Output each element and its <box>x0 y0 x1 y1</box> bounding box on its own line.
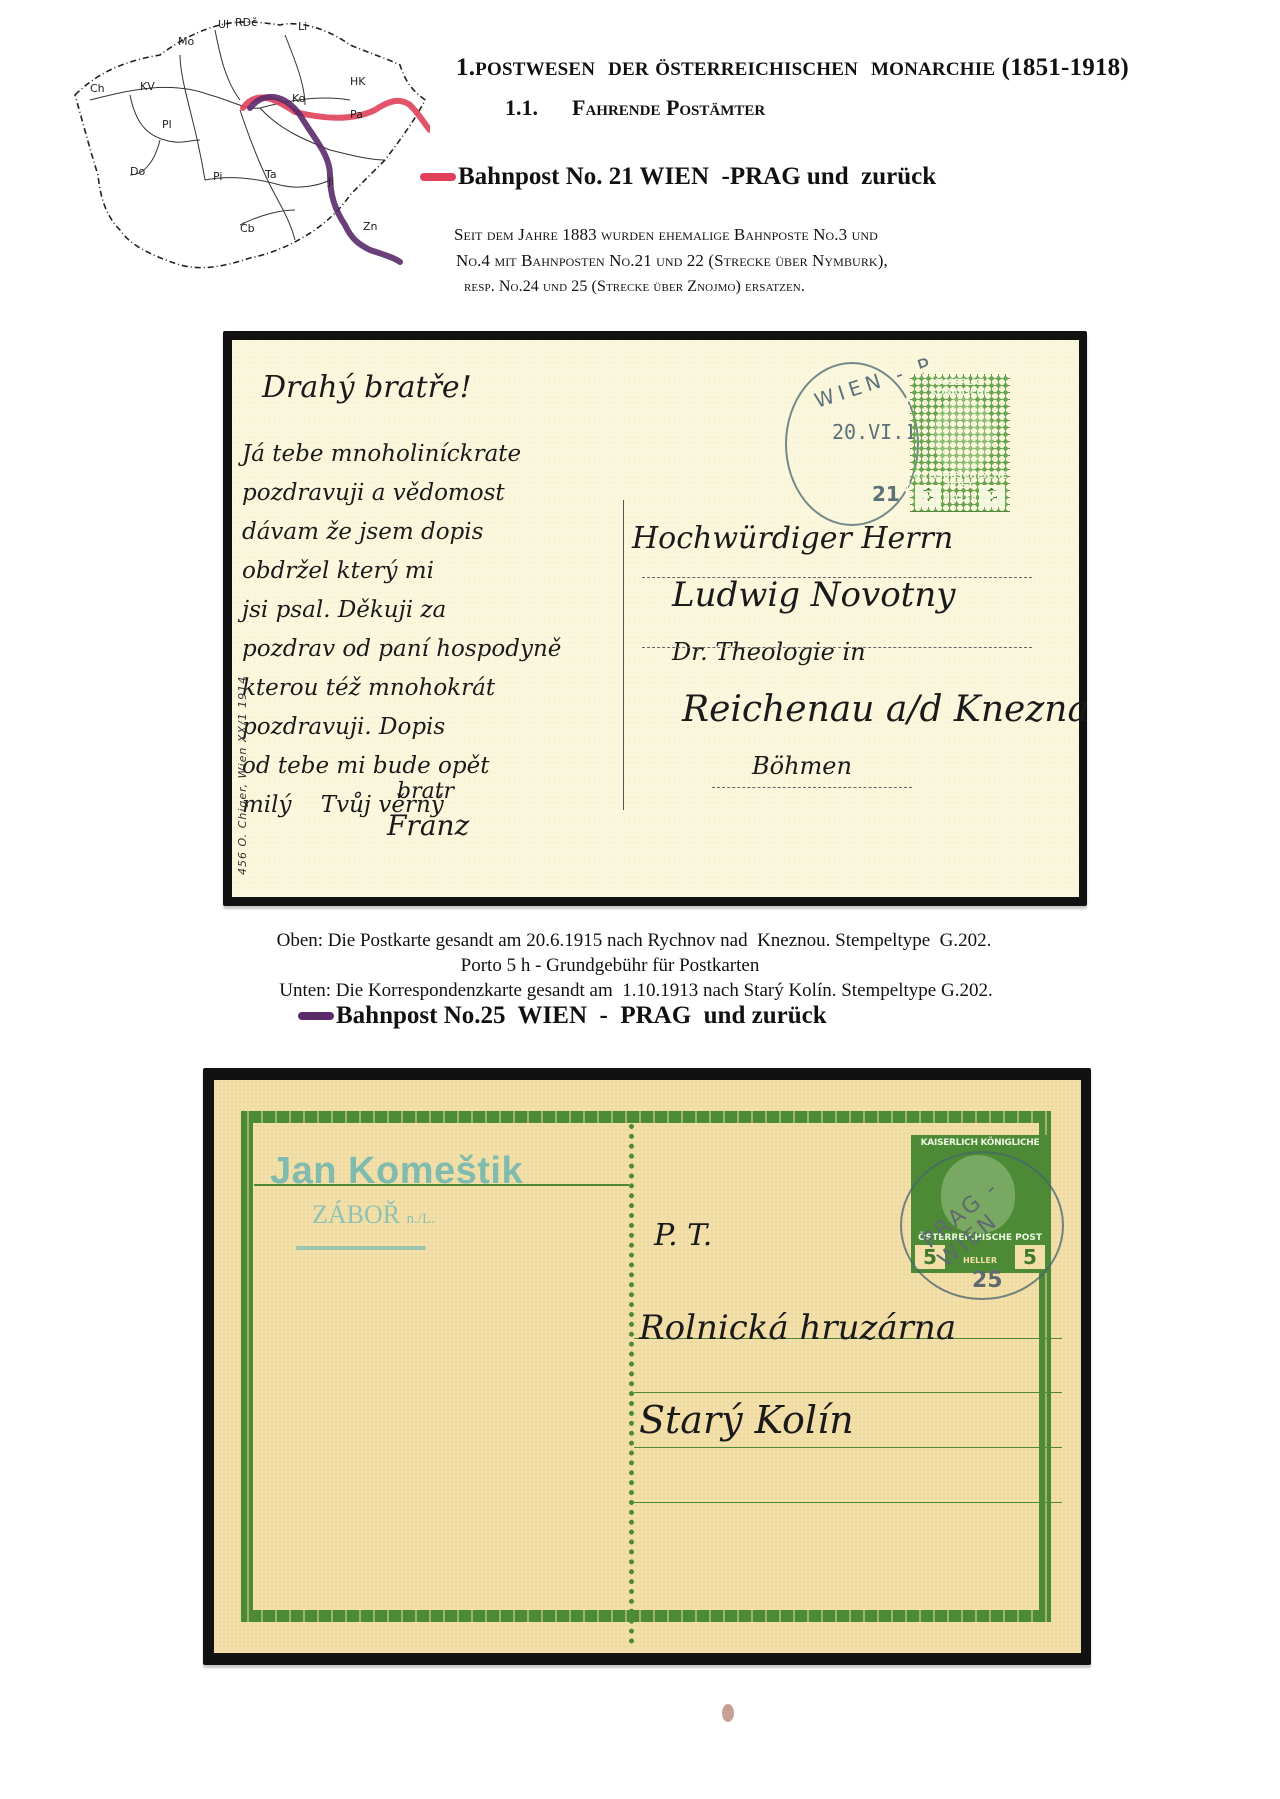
stamp-5-heller: KAISERLICH KÖNIGLICHE ÖSTERREICHISCHE PO… <box>904 368 1016 518</box>
railway-route-map: MoUlRDčLi ChKVHKKo PaPlDoPi TaJiČbZn <box>30 0 430 290</box>
svg-text:Ta: Ta <box>264 168 277 181</box>
stamp-unit: HELLER <box>942 494 978 503</box>
sender-place-stamp: ZÁBOŘ n./L. <box>312 1200 435 1230</box>
caption-porto: Porto 5 h - Grundgebühr für Postkarten <box>0 953 1250 978</box>
svg-text:KV: KV <box>140 80 155 93</box>
svg-text:HK: HK <box>350 75 366 88</box>
red-route-marker-icon <box>420 173 456 181</box>
route-heading-25: Bahnpost No.25 WIEN - PRAG und zurück <box>298 1002 827 1030</box>
svg-text:Do: Do <box>130 165 145 178</box>
postcard-2: Jan Komeštik ZÁBOŘ n./L. P. T. Rolnická … <box>214 1080 1081 1653</box>
stamp-top-text: KAISERLICH KÖNIGLICHE <box>911 378 1009 398</box>
subsection-title: 1.1.Fahrende Postämter <box>505 95 765 121</box>
postmark-number: 25 <box>972 1268 1003 1293</box>
stamp-value: 5 <box>979 485 1005 507</box>
message-line: pozdrav od paní hospodyně <box>242 630 561 669</box>
route-title: Bahnpost No. 21 WIEN -PRAG und zurück <box>458 163 936 191</box>
svg-text:Li: Li <box>298 20 307 33</box>
address-rule <box>712 787 912 788</box>
stamp-face: KAISERLICH KÖNIGLICHE ÖSTERREICHISCHE PO… <box>910 374 1010 512</box>
subsection-number: 1.1. <box>505 95 538 120</box>
section-word: Österreichischen <box>655 59 858 80</box>
postcard-1-mount: Drahý bratře! Já tebe mnoholiníckrate po… <box>223 331 1087 906</box>
sender-place-suffix: n./L. <box>407 1211 435 1227</box>
address-rule <box>642 577 1032 578</box>
svg-text:Ch: Ch <box>90 82 105 95</box>
intro-paragraph: Seit dem Jahre 1883 wurden ehemalige Bah… <box>454 222 1154 300</box>
signature-line: bratr <box>397 775 469 809</box>
address-line: Reichenau a/d Knezna <box>682 681 1089 738</box>
signature-line: Franz <box>387 809 469 843</box>
message-line: dávam že jsem dopis <box>242 513 561 552</box>
address-line: Starý Kolín <box>639 1374 956 1466</box>
card1-divider <box>623 500 624 810</box>
message-line: pozdravuji a vědomost <box>242 474 561 513</box>
card1-address: Hochwürdiger Herrn Ludwig Novotny Dr. Th… <box>632 510 1089 795</box>
svg-text:Ji: Ji <box>327 175 334 188</box>
purple-route-marker-icon <box>298 1012 334 1020</box>
address-line: Dr. Theologie in <box>672 624 1089 681</box>
stamp-underline <box>296 1246 426 1250</box>
svg-text:Pl: Pl <box>162 118 172 131</box>
message-line: obdržel který mi <box>242 552 561 591</box>
svg-text:Mo: Mo <box>178 35 194 48</box>
sender-place: ZÁBOŘ <box>312 1200 400 1229</box>
section-word: Postwesen <box>475 59 595 80</box>
card2-divider <box>629 1124 634 1644</box>
svg-text:Čb: Čb <box>240 222 255 235</box>
sender-name-stamp: Jan Komeštik <box>270 1150 523 1193</box>
svg-text:Ko: Ko <box>292 92 306 105</box>
intro-line: No.4 mit Bahnposten No.21 und 22 (Streck… <box>456 248 1154 274</box>
caption-bottom-card: Unten: Die Korrespondenzkarte gesandt am… <box>0 978 1276 1003</box>
caption-top-card: Oben: Die Postkarte gesandt am 20.6.1915… <box>0 928 1274 953</box>
address-line: Ludwig Novotny <box>672 567 1089 624</box>
intro-line: resp. No.24 und 25 (Strecke über Znojmo)… <box>464 274 1154 300</box>
stamp-value: 5 <box>915 485 941 507</box>
address-line: Rolnická hruzárna <box>639 1282 956 1374</box>
section-years: (1851-1918) <box>1002 54 1129 81</box>
message-line: jsi psal. Děkuji za <box>242 591 561 630</box>
paper-spot <box>722 1704 734 1722</box>
postcard-2-mount: Jan Komeštik ZÁBOŘ n./L. P. T. Rolnická … <box>203 1068 1091 1665</box>
card1-greeting: Drahý bratře! <box>262 370 472 405</box>
postcard-1: Drahý bratře! Já tebe mnoholiníckrate po… <box>232 340 1079 897</box>
subsection-text: Fahrende Postämter <box>572 95 765 120</box>
address-rule <box>634 1502 1062 1503</box>
section-number: 1. <box>456 54 475 81</box>
svg-text:Zn: Zn <box>363 220 378 233</box>
svg-text:Ul: Ul <box>218 18 229 31</box>
section-title: 1.Postwesen der Österreichischen Monarch… <box>456 54 1129 82</box>
svg-text:Pa: Pa <box>350 108 363 121</box>
postmark-number: 21 <box>872 482 900 506</box>
section-word: Monarchie <box>871 59 995 80</box>
card1-imprint: 456 O. Chiger, Wien XX/1 1914 <box>234 695 254 875</box>
svg-text:RDč: RDč <box>235 16 257 29</box>
address-rule <box>642 647 1032 648</box>
message-line: pozdravuji. Dopis <box>242 708 561 747</box>
intro-line: Seit dem Jahre 1883 wurden ehemalige Bah… <box>454 222 1154 248</box>
message-line: Já tebe mnoholiníckrate <box>242 435 561 474</box>
card1-message: Já tebe mnoholiníckrate pozdravuji a věd… <box>242 435 561 825</box>
section-word: der <box>608 59 649 80</box>
message-line: kterou též mnohokrát <box>242 669 561 708</box>
imprint-text: 456 O. Chiger, Wien XX/1 1914 <box>236 676 249 875</box>
route-heading-21: Bahnpost No. 21 WIEN -PRAG und zurück <box>420 163 936 191</box>
card1-signature: bratr Franz <box>387 775 469 843</box>
route-title: Bahnpost No.25 WIEN - PRAG und zurück <box>336 1002 827 1030</box>
svg-text:Pi: Pi <box>213 170 222 183</box>
emperor-portrait-icon <box>933 397 993 471</box>
